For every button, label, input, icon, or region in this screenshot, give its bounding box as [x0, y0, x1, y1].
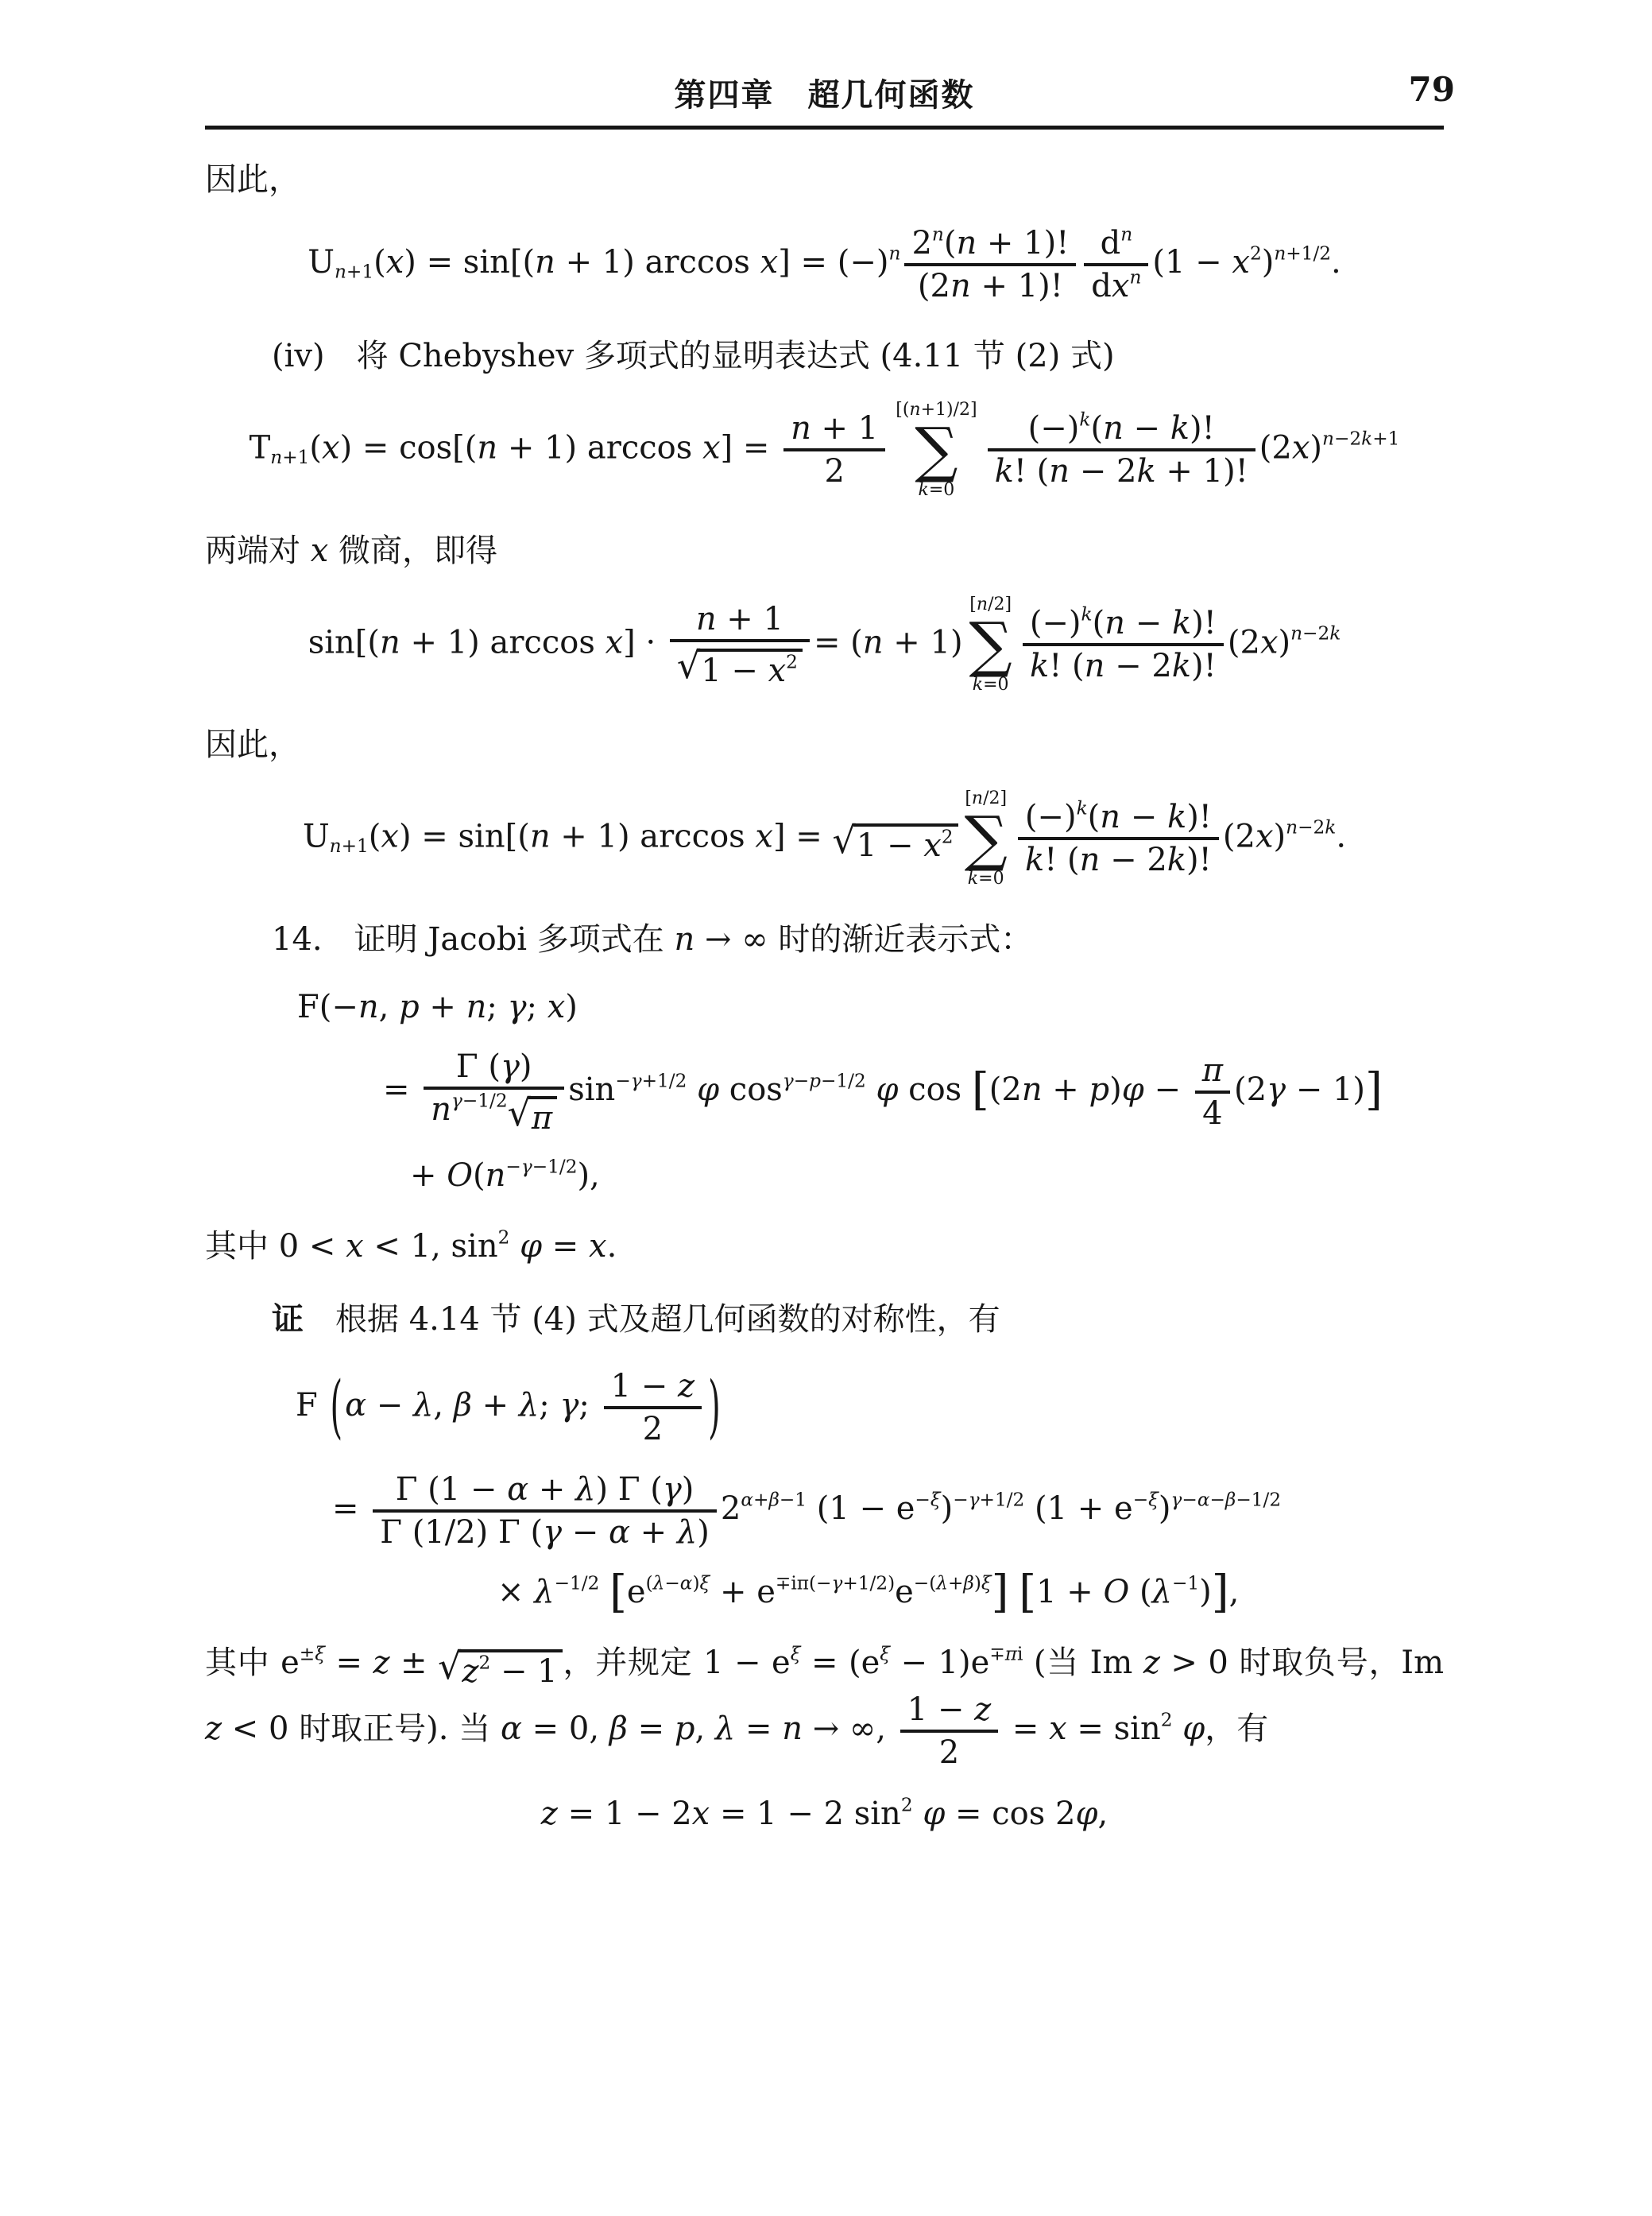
math-token: (2: [918, 268, 950, 304]
math-token: γ: [831, 1572, 842, 1594]
math-token: 1 − z: [604, 1366, 702, 1406]
formula-line: Un+1(x) = sin[(n + 1) arccos x] = √1 − x…: [303, 788, 1346, 889]
math-token: −(: [914, 1572, 936, 1594]
math-token: z: [1143, 1645, 1160, 1681]
math-token: π: [528, 1096, 557, 1137]
math-token: ]: [1212, 1567, 1229, 1618]
math-token: ξ: [880, 1643, 890, 1664]
math-token: ξ: [981, 1572, 992, 1594]
math-token: ξ: [315, 1643, 325, 1664]
math-token: 1 − z: [900, 1690, 998, 1730]
math-token: ∓: [989, 1643, 1004, 1664]
math-token: e: [895, 1574, 914, 1610]
math-token: k: [1077, 798, 1088, 819]
math-token: x: [547, 989, 566, 1025]
math-token: x: [755, 818, 773, 854]
math-token: ×: [497, 1574, 534, 1610]
math-token: ;: [486, 989, 507, 1025]
math-token: U: [303, 818, 330, 854]
math-token: k: [1167, 842, 1186, 878]
math-token: k: [1025, 842, 1044, 878]
math-token: cos: [898, 1071, 971, 1108]
math-token: n: [1274, 242, 1286, 264]
math-token: 1 − x2: [698, 649, 803, 689]
math-token: +1/2: [1286, 242, 1331, 264]
math-token: (: [1129, 1574, 1151, 1610]
math-token: n: [889, 242, 901, 264]
math-token: (−)k(n − k)!k! (n − 2k)!: [1023, 603, 1224, 686]
math-token: −: [562, 1514, 609, 1551]
math-token: n: [530, 818, 551, 854]
math-token: −1/2: [555, 1572, 600, 1594]
math-token: [687, 1071, 697, 1108]
paragraph-xi-definition: 其中 e±ξ = z ± √z2 − 1，并规定 1 − eξ = (eξ − …: [205, 1640, 1444, 1772]
math-token: −1: [780, 1489, 807, 1510]
math-token: φ: [1075, 1796, 1097, 1832]
math-token: x: [692, 1796, 710, 1832]
math-token: λ: [936, 1572, 948, 1594]
math-token: U: [308, 244, 335, 281]
math-token: φ: [876, 1071, 898, 1108]
math-token: = 1 − 2: [558, 1796, 692, 1832]
math-token: 2: [939, 1734, 959, 1771]
math-token: n: [791, 410, 811, 447]
math-token: =: [1002, 1710, 1049, 1747]
math-token: Γ (1/2) Γ (: [380, 1514, 543, 1551]
math-token: (−): [1030, 605, 1081, 641]
math-token: = 1 − 2 sin: [710, 1796, 901, 1832]
math-token: p: [809, 1070, 821, 1091]
formula-sin-derivative-sum: sin[(n + 1) arccos x] · n + 1√1 − x2= (n…: [205, 595, 1444, 695]
math-token: ∑: [969, 614, 1012, 675]
math-token: (: [309, 429, 322, 466]
math-token: x: [1112, 268, 1130, 304]
math-token: −ξ: [1133, 1489, 1159, 1510]
math-token: ]: [992, 1567, 1009, 1618]
math-token: k: [1170, 410, 1190, 447]
math-token: k=0: [973, 675, 1009, 695]
math-token: ，有: [1205, 1710, 1268, 1747]
math-token: 证: [272, 1300, 304, 1338]
math-token: O: [1104, 1574, 1130, 1610]
math-token: n: [1322, 428, 1334, 450]
math-token: ): [1159, 1490, 1171, 1527]
page-number: 79: [1409, 70, 1455, 109]
math-token: − 2: [1070, 453, 1136, 490]
math-token: 其中 e: [205, 1645, 300, 1681]
math-token: ! (: [1049, 648, 1084, 684]
math-token: [(: [896, 400, 909, 420]
math-token: k: [1136, 453, 1155, 490]
math-token: z: [678, 1368, 694, 1404]
math-token: n: [1120, 223, 1132, 245]
math-token: 1 −: [857, 827, 923, 864]
math-token: γ: [783, 1070, 794, 1091]
math-token: β: [1225, 1489, 1236, 1510]
math-token: +1/2: [642, 1070, 687, 1091]
math-token: ): [692, 1572, 699, 1594]
math-token: n+1: [335, 261, 373, 282]
math-token: −γ+1/2: [953, 1489, 1024, 1510]
math-token: x: [923, 827, 942, 864]
math-token: ! (: [1044, 842, 1079, 878]
formula-jacobi-asymptotic: F(−n, p + n; γ; x) = Γ (γ)nγ−1/2√πsin−γ+…: [205, 986, 1444, 1196]
math-token: Γ (γ): [424, 1047, 564, 1087]
math-token: = sin: [1067, 1710, 1161, 1747]
math-token: n: [1103, 410, 1124, 447]
math-token: sin: [568, 1071, 615, 1108]
math-token: [n/2]∑k=0: [969, 595, 1012, 695]
math-token: π: [1202, 1052, 1223, 1089]
math-token: dxn: [1084, 263, 1148, 306]
math-token: −2: [1298, 817, 1325, 839]
math-token: + 1) arccos: [400, 624, 605, 661]
formula-z-cos2phi: z = 1 − 2x = 1 − 2 sin2 φ = cos 2φ,: [205, 1793, 1444, 1834]
math-token: z: [541, 1796, 558, 1832]
math-token: n: [535, 244, 555, 281]
math-token: α+β−1: [741, 1489, 807, 1510]
math-token: (: [473, 1157, 486, 1194]
math-token: 其中 0 <: [205, 1228, 346, 1265]
math-token: 2: [901, 1794, 913, 1815]
math-token: 1 − z2: [604, 1366, 702, 1449]
math-token: (: [1088, 799, 1101, 835]
math-token: n: [1080, 842, 1101, 878]
math-token: =: [332, 1490, 369, 1527]
math-token: 1 +: [1036, 1574, 1103, 1610]
math-token: (: [330, 1373, 342, 1442]
math-token: =: [735, 1710, 782, 1747]
math-token: n+1/2: [1274, 242, 1331, 264]
math-token: x: [1232, 244, 1250, 281]
math-token: 两端对: [205, 533, 311, 569]
paragraph-differentiate: 两端对 x 微商，即得: [205, 528, 1444, 574]
math-token: x: [760, 244, 779, 281]
math-token: z: [373, 1645, 389, 1681]
math-token: √: [438, 1649, 461, 1684]
math-token: −γ−1/2: [505, 1156, 577, 1177]
math-token: γ−p−1/2: [783, 1070, 866, 1091]
math-token: n: [956, 225, 977, 262]
math-token: k: [1081, 603, 1093, 625]
math-token: x: [1260, 624, 1279, 661]
math-token: λ: [653, 1572, 665, 1594]
math-token: (2: [989, 1071, 1022, 1108]
math-token: O: [447, 1157, 473, 1194]
math-token: ,: [379, 989, 399, 1025]
math-token: n + 1: [670, 599, 810, 639]
math-token: x: [386, 244, 404, 281]
math-token: (当 Im: [1023, 1645, 1143, 1681]
math-token: n: [950, 268, 971, 304]
math-token: (: [373, 244, 386, 281]
math-token: ): [1279, 624, 1291, 661]
math-token: √1 − x2: [677, 649, 803, 689]
math-token: γ: [631, 1070, 642, 1091]
math-token: [(n+1)/2]∑k=0: [896, 400, 977, 501]
math-token: n: [270, 447, 282, 468]
math-token: sin[(: [308, 624, 380, 661]
math-token: (: [646, 1572, 653, 1594]
math-token: x: [702, 429, 721, 466]
math-token: n+1: [330, 835, 369, 857]
math-token: −1: [1172, 1572, 1199, 1594]
math-token: nγ−1/2√π: [424, 1087, 564, 1137]
math-token: [1009, 1574, 1019, 1610]
math-token: k! (n − 2k)!: [1018, 837, 1219, 880]
math-token: [599, 1574, 609, 1610]
math-token: (λ−α)ξ: [646, 1572, 710, 1594]
math-token: −: [615, 1070, 630, 1091]
math-token: n: [782, 1710, 803, 1747]
math-token: + 1): [884, 624, 963, 661]
math-token: k: [1172, 605, 1191, 641]
math-token: + 1) arccos: [551, 818, 756, 854]
math-token: .: [1331, 244, 1341, 281]
math-token: ): [697, 1514, 710, 1551]
paragraph-therefore-1: 因此，: [205, 157, 1444, 203]
math-token: (2: [1223, 818, 1255, 854]
math-token: ) = cos[(: [340, 429, 478, 466]
formula-line: F(−n, p + n; γ; x): [297, 986, 1444, 1028]
math-token: ]: [1365, 1063, 1383, 1115]
paragraph-item-iv: (iv) 将 Chebyshev 多项式的显明表达式 (4.11 节 (2) 式…: [205, 333, 1444, 379]
math-token: γ−1/2: [451, 1090, 508, 1111]
math-token: ): [682, 1471, 694, 1508]
formula-line: + O(n−γ−1/2),: [410, 1155, 1444, 1196]
math-token: β: [454, 1387, 472, 1424]
math-token: α: [507, 1471, 528, 1508]
math-token: γ: [508, 989, 527, 1025]
math-token: n−2k: [1286, 817, 1336, 839]
math-token: γ: [501, 1048, 520, 1085]
math-token: n: [1085, 648, 1105, 684]
math-token: )!: [1190, 410, 1215, 447]
math-token: ): [1262, 244, 1275, 281]
formula-hypergeometric-transform: F (α − λ, β + λ; γ; 1 − z2) = Γ (1 − α +…: [205, 1366, 1444, 1613]
math-token: β: [963, 1572, 973, 1594]
math-token: + 1: [717, 601, 783, 637]
math-token: ，并规定 1 − e: [563, 1645, 791, 1681]
math-token: = cos 2: [945, 1796, 1075, 1832]
math-token: −: [1125, 605, 1172, 641]
math-token: ±: [390, 1645, 439, 1681]
math-token: =0: [983, 675, 1008, 695]
math-token: +: [948, 1572, 963, 1594]
math-token: (2: [1259, 429, 1292, 466]
math-token: n−2k+1: [1322, 428, 1399, 450]
math-token: ;: [539, 1387, 559, 1424]
math-token: γ: [969, 1489, 980, 1510]
math-token: Γ (1 − α + λ) Γ (γ)Γ (1/2) Γ (γ − α + λ): [373, 1470, 717, 1552]
math-token: γ−α−β−1/2: [1171, 1489, 1282, 1510]
math-token: n: [932, 223, 944, 245]
math-token: 2: [786, 651, 798, 672]
math-token: 2: [643, 1411, 663, 1447]
math-token: n: [1022, 1071, 1043, 1108]
math-token: dndxn: [1084, 223, 1148, 306]
math-token: e: [627, 1574, 646, 1610]
formula-line: × λ−1/2 [e(λ−α)ξ + e∓iπ(−γ+1/2)e−(λ+β)ξ]…: [497, 1571, 1444, 1613]
math-token: φ: [1122, 1071, 1144, 1108]
math-token: x: [589, 1228, 607, 1265]
math-token: .: [607, 1228, 617, 1265]
math-token: −: [794, 1070, 809, 1091]
math-token: k: [1030, 648, 1049, 684]
math-token: =: [325, 1645, 373, 1681]
math-token: k: [1329, 622, 1341, 644]
math-token: ξ: [700, 1572, 710, 1594]
math-token: −: [366, 1387, 413, 1424]
math-token: k: [968, 869, 978, 889]
math-token: x: [768, 653, 787, 689]
math-token: (−)k(n − k)!: [1018, 797, 1219, 837]
math-token: −1: [1172, 1572, 1199, 1594]
math-token: =0: [929, 480, 954, 500]
math-token: k: [1079, 409, 1090, 431]
math-token: k: [1079, 409, 1090, 431]
math-token: Γ (1/2) Γ (γ − α + λ): [373, 1509, 717, 1552]
math-token: γ: [1171, 1489, 1182, 1510]
math-token: n: [1100, 799, 1120, 835]
math-token: n: [675, 921, 695, 958]
math-token: 2: [942, 826, 954, 847]
math-token: ,: [1229, 1574, 1240, 1610]
math-token: λ: [575, 1471, 595, 1508]
math-token: k: [1361, 428, 1372, 450]
math-token: x: [346, 1228, 364, 1265]
math-token: → ∞,: [803, 1710, 896, 1747]
math-token: n: [380, 624, 400, 661]
math-token: n: [1049, 453, 1070, 490]
math-token: ): [1109, 1071, 1122, 1108]
math-token: x: [1292, 429, 1310, 466]
math-token: +1: [1372, 428, 1399, 450]
math-token: −1/2: [555, 1572, 600, 1594]
math-token: π: [1005, 1643, 1017, 1664]
math-token: z: [205, 1710, 222, 1747]
math-token: √π: [508, 1096, 558, 1137]
math-token: ∓iπ(−: [776, 1572, 832, 1594]
math-token: γ: [1267, 1071, 1286, 1108]
math-token: 2: [942, 826, 954, 847]
math-token: Γ (: [456, 1048, 501, 1085]
math-token: n: [696, 601, 717, 637]
formula-u-sum: Un+1(x) = sin[(n + 1) arccos x] = √1 − x…: [205, 788, 1444, 889]
math-token: 4: [1195, 1091, 1230, 1133]
math-token: k: [1167, 799, 1186, 835]
math-token: k: [1172, 648, 1191, 684]
math-token: ;: [527, 989, 547, 1025]
math-token: Γ (1 −: [396, 1471, 507, 1508]
math-token: +: [1043, 1071, 1089, 1108]
math-token: φ: [697, 1071, 719, 1108]
math-token: p: [399, 989, 420, 1025]
math-token: π: [532, 1100, 552, 1137]
math-token: + 1)!: [971, 268, 1063, 304]
textbook-page: 第四章 超几何函数 79 因此， Un+1(x) = sin[(n + 1) a…: [0, 0, 1652, 2216]
math-token: ): [974, 1572, 981, 1594]
math-token: ): [1199, 1574, 1212, 1610]
paragraph-condition-x: 其中 0 < x < 1, sin2 φ = x.: [205, 1223, 1444, 1269]
math-token: −1/2: [462, 1090, 508, 1111]
math-token: ,: [1097, 1796, 1108, 1832]
math-token: + e: [710, 1574, 776, 1610]
math-token: π4: [1195, 1051, 1230, 1133]
math-token: ξ: [1148, 1489, 1159, 1510]
math-token: )!: [1186, 842, 1212, 878]
math-token: ] = (−): [778, 244, 888, 281]
math-token: +: [410, 1157, 447, 1194]
math-token: β: [768, 1489, 779, 1510]
math-token: 1 − x2: [853, 823, 958, 864]
math-token: 根据 4.14 节 (4) 式及超几何函数的对称性，有: [304, 1301, 1000, 1338]
math-token: √: [677, 649, 700, 684]
math-token: k: [919, 480, 929, 500]
formula-line: F (α − λ, β + λ; γ; 1 − z2): [296, 1366, 1444, 1449]
math-token: F: [296, 1387, 327, 1424]
math-token: π: [1195, 1051, 1230, 1091]
math-token: −1/2: [821, 1070, 866, 1091]
paragraph-proof-start: 证 根据 4.14 节 (4) 式及超几何函数的对称性，有: [205, 1296, 1444, 1342]
math-token: γ: [543, 1514, 562, 1551]
math-token: −: [664, 1572, 679, 1594]
math-token: )!: [1191, 648, 1217, 684]
math-token: 2: [1161, 1709, 1173, 1730]
math-token: √: [508, 1096, 531, 1131]
math-token: γ: [451, 1090, 462, 1111]
math-token: ∑: [915, 420, 958, 480]
math-token: =0: [978, 869, 1004, 889]
math-token: → ∞ 时的渐近表示式：: [694, 921, 1032, 958]
formula-line: sin[(n + 1) arccos x] · n + 1√1 − x2= (n…: [308, 595, 1341, 695]
math-token: −2: [1334, 428, 1361, 450]
math-token: β: [609, 1710, 628, 1747]
math-token: +: [630, 1514, 677, 1551]
math-token: +1/2: [980, 1489, 1025, 1510]
math-token: 1 −: [907, 1691, 974, 1728]
math-token: 2: [783, 448, 885, 491]
math-token: k: [1081, 603, 1093, 625]
math-token: n: [932, 223, 944, 245]
formula-line: Un+1(x) = sin[(n + 1) arccos x] = (−)n2n…: [308, 223, 1341, 306]
math-token: ): [520, 1048, 532, 1085]
math-token: −: [953, 1489, 968, 1510]
math-token: √1 − x2: [670, 639, 810, 690]
math-token: 2: [786, 651, 798, 672]
formula-u-rodrigues: Un+1(x) = sin[(n + 1) arccos x] = (−)n2n…: [205, 223, 1444, 306]
chapter-header: 第四章 超几何函数: [205, 70, 1444, 115]
math-token: ): [1310, 429, 1322, 466]
math-token: ,: [433, 1387, 453, 1424]
math-token: n + 1: [783, 409, 885, 448]
math-token: ∓iπ(−γ+1/2): [776, 1572, 895, 1594]
math-token: k! (n − 2k)!: [1023, 643, 1224, 686]
math-token: z2 − 1: [458, 1649, 562, 1690]
math-token: k=0: [968, 869, 1004, 889]
math-token: [: [1019, 1567, 1036, 1618]
math-token: 2n(n + 1)!(2n + 1)!: [904, 223, 1076, 306]
math-token: [n/2]∑k=0: [965, 788, 1008, 889]
math-token: −: [1133, 1489, 1148, 1510]
math-token: −: [505, 1156, 520, 1177]
math-token: 2: [478, 1652, 490, 1673]
math-token: ξ: [791, 1643, 801, 1664]
paragraph-therefore-2: 因此，: [205, 722, 1444, 768]
math-token: −: [1120, 799, 1167, 835]
math-token: λ: [677, 1514, 697, 1551]
math-token: n: [889, 242, 901, 264]
